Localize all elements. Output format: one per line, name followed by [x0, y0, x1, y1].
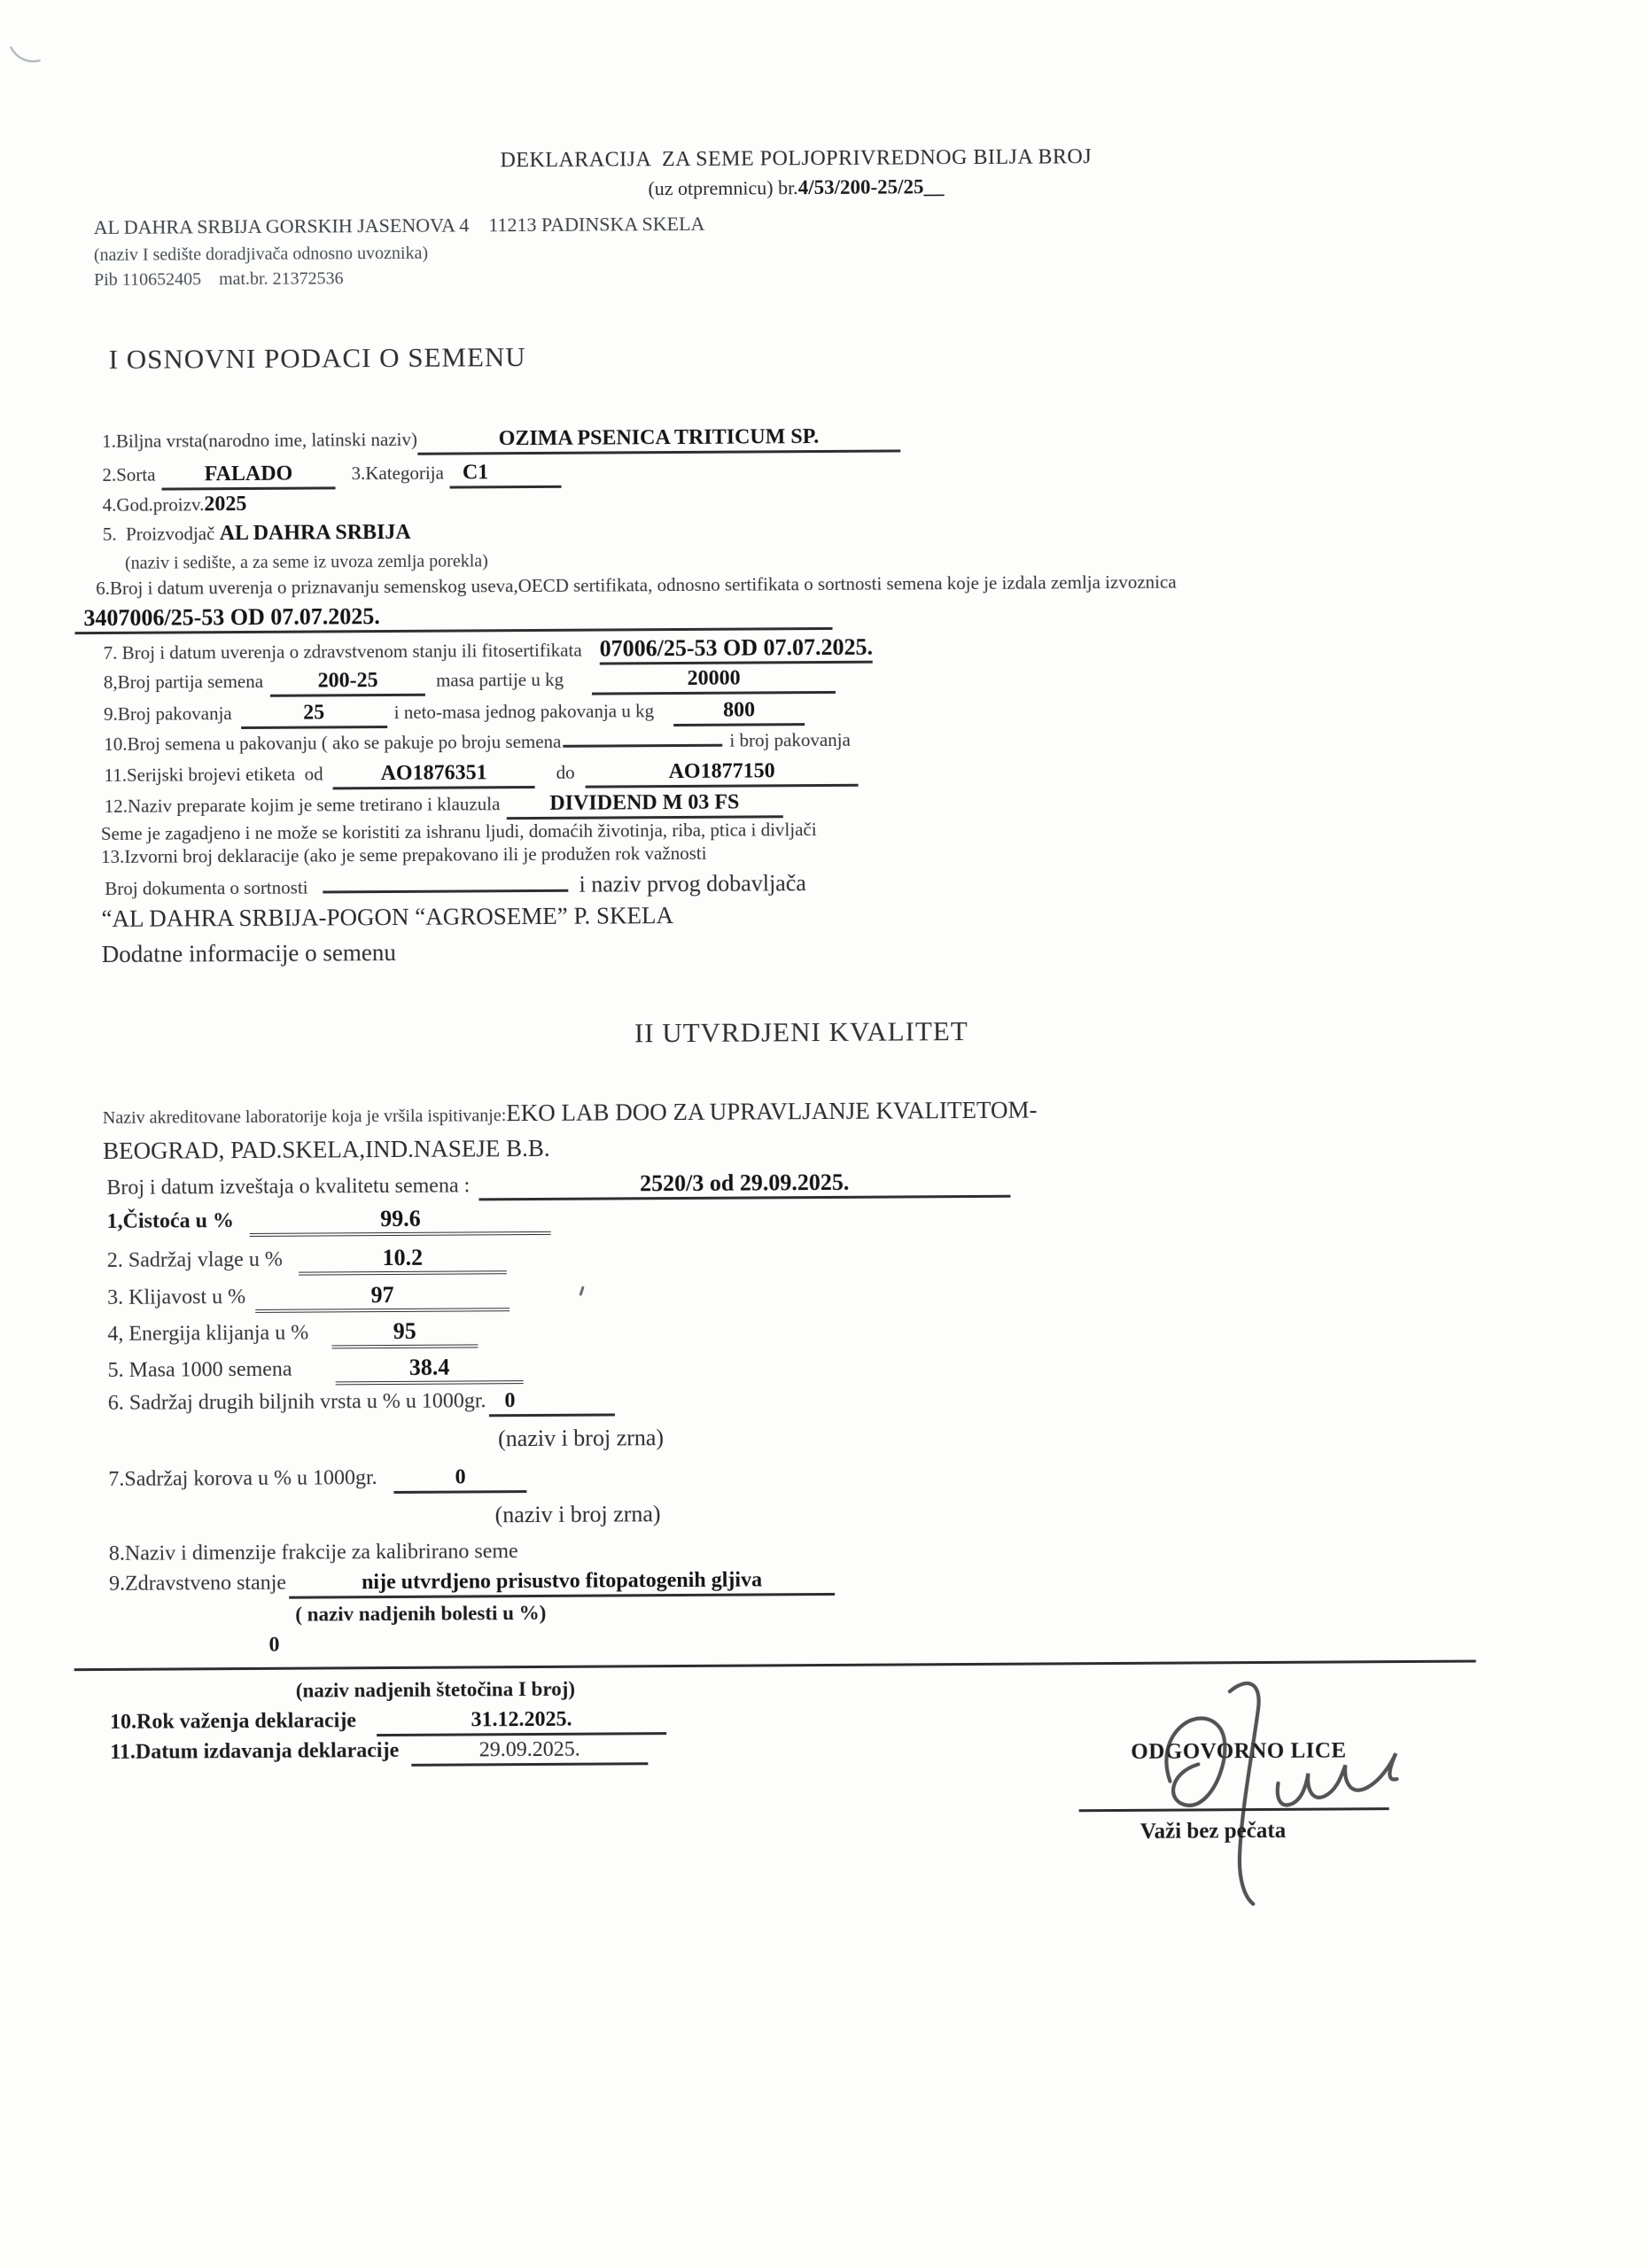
field-sorta-kategorija: 2.SortaFALADO3.KategorijaC1 — [102, 461, 562, 491]
field-value: 2520/3 od 29.09.2025. — [478, 1169, 1010, 1201]
extra-info-label: Dodatne informacije o semenu — [102, 940, 396, 968]
warning-note: Seme je zagadjeno i ne može se koristiti… — [101, 819, 817, 844]
field-value: 99.6 — [250, 1205, 551, 1237]
field-label: 7. Broj i datum uverenja o zdravstvenom … — [104, 640, 582, 664]
field-label: 8,Broj partija semena — [104, 671, 263, 693]
field-value: 200-25 — [270, 669, 425, 697]
field-klijavost: 3. Klijavost u %97 — [107, 1281, 509, 1314]
field-value: AO1877150 — [586, 759, 859, 788]
field-label: 11.Serijski brojevi etiketa od — [104, 763, 323, 786]
field-report: Broj i datum izveštaja o kvalitetu semen… — [106, 1169, 1010, 1203]
field-korov: 7.Sadržaj korova u % u 1000gr.0 — [108, 1465, 526, 1495]
supplier-name: “AL DAHRA SRBIJA-POGON “AGROSEME” P. SKE… — [101, 903, 673, 933]
field-value: 97 — [255, 1281, 509, 1313]
field-cistoca: 1,Čistoća u %99.6 — [106, 1205, 551, 1238]
document-sheet: DEKLARACIJA ZA SEME POLJOPRIVREDNOG BILJ… — [0, 0, 1649, 2268]
field-pakovanja: 9.Broj pakovanja25i neto-masa jednog pak… — [104, 698, 805, 729]
naziv-broj-zrna-note: (naziv i broj zrna) — [495, 1502, 661, 1528]
field-label: 9.Zdravstveno stanje — [109, 1572, 286, 1596]
field-value: 25 — [241, 701, 387, 729]
field-value: OZIMA PSENICA TRITICUM SP. — [417, 424, 900, 454]
field-zdravstveno-stanje: 9.Zdravstveno stanjenije utvrdjeno prisu… — [109, 1568, 835, 1600]
field-label: 12.Naziv preparate kojim je seme tretira… — [105, 793, 501, 817]
scanned-declaration-document: DEKLARACIJA ZA SEME POLJOPRIVREDNOG BILJ… — [0, 0, 1649, 2268]
field-value: 38.4 — [335, 1354, 523, 1385]
field-label: masa partije u kg — [436, 669, 564, 691]
field-biljna-vrsta: 1.Biljna vrsta(narodno ime, latinski naz… — [102, 424, 900, 456]
field-masa1000: 5. Masa 1000 semena38.4 — [108, 1354, 524, 1386]
field-preparat: 12.Naziv preparate kojim je seme tretira… — [105, 790, 783, 821]
field-value: 0 — [488, 1388, 614, 1416]
field-value: AO1876351 — [333, 761, 535, 789]
field-frakcija-label: 8.Naziv i dimenzije frakcije za kalibrir… — [109, 1540, 518, 1565]
field13-label: 13.Izvorni broj deklaracije (ako je seme… — [101, 843, 707, 867]
field-label: Naziv akreditovane laboratorije koja je … — [103, 1106, 507, 1128]
naziv-broj-zrna-note: (naziv i broj zrna) — [498, 1425, 664, 1452]
field-druge-vrste: 6. Sadržaj drugih biljnih vrsta u % u 10… — [108, 1388, 615, 1418]
lab-line: Naziv akreditovane laboratorije koja je … — [103, 1098, 1038, 1130]
document-title: DEKLARACIJA ZA SEME POLJOPRIVREDNOG BILJ… — [20, 143, 1571, 175]
horizontal-rule — [74, 1660, 1476, 1672]
scan-smudge-mark — [7, 43, 43, 70]
field-value: 0 — [394, 1465, 527, 1494]
field-label: 1,Čistoća u % — [107, 1209, 234, 1233]
field-energija: 4, Energija klijanja u %95 — [107, 1317, 478, 1349]
field-label: i naziv prvog dobavljača — [579, 870, 805, 897]
field-label: i broj pakovanja — [729, 729, 851, 751]
stamp-note: Važi bez pečata — [1140, 1819, 1286, 1845]
lab-name: EKO LAB DOO ZA UPRAVLJANJE KVALITETOM- — [506, 1097, 1037, 1127]
field-value: 3407006/25-53 OD 07.07.2025. — [74, 601, 832, 634]
field-proizvodjac-note: (naziv i sedište, a za seme iz uvoza zem… — [125, 551, 488, 573]
field-label: 10.Broj semena u pakovanju ( ako se paku… — [104, 731, 561, 755]
section2-title: II UTVRDJENI KVALITET — [26, 1013, 1576, 1052]
field-value: 20000 — [592, 666, 836, 695]
blank-field — [323, 875, 568, 894]
company-name-address: AL DAHRA SRBIJA GORSKIH JASENOVA 4 11213… — [94, 214, 705, 238]
field-value: C1 — [450, 461, 562, 488]
field-value: 95 — [331, 1317, 478, 1348]
stetocine-note: (naziv nadjenih štetočina I broj) — [296, 1678, 575, 1702]
field-label: Broj i datum izveštaja o kvalitetu semen… — [106, 1174, 470, 1200]
section1-title: I OSNOVNI PODACI O SEMENU — [109, 342, 526, 375]
field-label: 10.Rok važenja deklaracije — [110, 1709, 356, 1734]
field-rok-vazenja: 10.Rok važenja deklaracije31.12.2025. — [110, 1707, 666, 1737]
field-value: 07006/25-53 OD 07.07.2025. — [600, 634, 874, 665]
field-value: 2025 — [204, 493, 246, 517]
field-label: 1.Biljna vrsta(narodno ime, latinski naz… — [102, 429, 417, 452]
company-ids: Pib 110652405 mat.br. 21372536 — [94, 268, 344, 290]
field-label: 11.Datum izdavanja deklaracije — [110, 1739, 399, 1764]
bolesti-zero: 0 — [268, 1634, 279, 1657]
company-subtitle: (naziv I sedište doradjivača odnosno uvo… — [94, 244, 428, 265]
signature — [1145, 1678, 1430, 1912]
field-broj-semena: 10.Broj semena u pakovanju ( ako se paku… — [104, 729, 851, 755]
field-label: 5. Proizvodjač — [103, 523, 220, 545]
field-label: 7.Sadržaj korova u % u 1000gr. — [108, 1466, 377, 1491]
field-value: 10.2 — [299, 1244, 507, 1275]
field-value: 29.09.2025. — [411, 1737, 648, 1766]
shipping-line: (uz otpremnicu) br.4/53/200-25/25__ — [20, 172, 1571, 204]
field-value: 800 — [673, 698, 805, 726]
field-value: DIVIDEND M 03 FS — [506, 790, 782, 819]
field-label: 4.God.proizv. — [103, 493, 205, 516]
field-fitosertifikat: 7. Broj i datum uverenja o zdravstvenom … — [104, 634, 874, 668]
field-god-proizv: 4.God.proizv.2025 — [103, 493, 247, 518]
field-vlaga: 2. Sadržaj vlage u %10.2 — [107, 1244, 507, 1277]
field-value: nije utvrdjeno prisustvo fitopatogenih g… — [289, 1568, 835, 1598]
field-datum-izdavanja: 11.Datum izdavanja deklaracije29.09.2025… — [110, 1737, 648, 1767]
field-label: 6. Sadržaj drugih biljnih vrsta u % u 10… — [108, 1389, 486, 1415]
field6-label: 6.Broj i datum uverenja o priznavanju se… — [96, 572, 1177, 600]
field-value: AL DAHRA SRBIJA — [220, 521, 411, 547]
shipping-label: (uz otpremnicu) br. — [648, 176, 797, 199]
field-label: 2. Sadržaj vlage u % — [107, 1248, 283, 1272]
shipping-number: 4/53/200-25/25__ — [798, 175, 945, 198]
field-label: 5. Masa 1000 semena — [108, 1358, 292, 1382]
field6-value-line: 3407006/25-53 OD 07.07.2025. — [74, 601, 832, 634]
lab-name-line2: BEOGRAD, PAD.SKELA,IND.NASEJE B.B. — [103, 1136, 550, 1165]
blank-field — [563, 730, 722, 748]
field-label: 2.Sorta — [102, 464, 155, 485]
field-partija: 8,Broj partija semena200-25masa partije … — [104, 666, 836, 698]
field-label: 3.Kategorija — [351, 462, 444, 485]
field-serijski-brojevi: 11.Serijski brojevi etiketa odAO1876351d… — [104, 759, 858, 791]
field-value: 31.12.2025. — [377, 1707, 666, 1736]
bolesti-note: ( naziv nadjenih bolesti u %) — [295, 1602, 546, 1626]
field-label: 4, Energija klijanja u % — [107, 1322, 308, 1346]
field-label: do — [556, 762, 575, 783]
field-label: 9.Broj pakovanja — [104, 703, 232, 725]
field-label: 3. Klijavost u % — [107, 1285, 245, 1309]
field-proizvodjac: 5. Proizvodjač AL DAHRA SRBIJA — [103, 521, 411, 548]
field-dokument-sortnosti: Broj dokumenta o sortnostii naziv prvog … — [105, 871, 806, 900]
field-value: FALADO — [161, 462, 335, 490]
scan-tick-mark — [579, 1285, 584, 1295]
field-label: i neto-masa jednog pakovanja u kg — [394, 700, 654, 723]
field-label: Broj dokumenta o sortnosti — [105, 877, 307, 899]
